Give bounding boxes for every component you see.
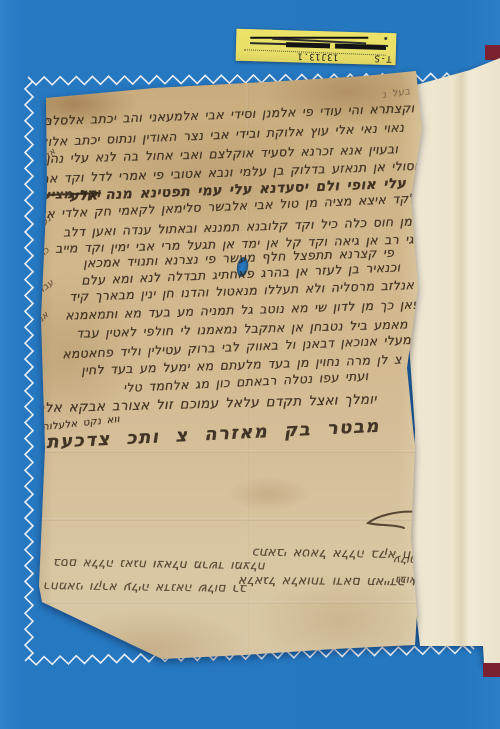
inverted-address-line: בסם אללה נאגח וצאלח מרשד ומצלח	[54, 556, 266, 574]
manuscript-fragment: בעל נ וצח וקד מציע יומלך ואצל תקדם עלאל …	[34, 68, 426, 668]
mount-background: בעל נ וצח וקד מציע יומלך ואצל תקדם עלאל …	[0, 0, 500, 729]
ruler-scale-bar-icon	[250, 37, 368, 39]
ruler-tick-icon	[384, 37, 387, 40]
fold-crease	[34, 601, 426, 604]
center-line-1: יומלך ואצל תקדם עלאל עמוכם זול אצורב אבק…	[27, 391, 377, 416]
ruler-shelfmark-label: T-S 13J13.1	[242, 46, 392, 63]
book-edge-bottom	[483, 663, 500, 677]
ruler-tick-icon	[385, 45, 388, 47]
faint-note: בעל נ	[381, 86, 411, 101]
scale-ruler-card: T-S 13J13.1	[236, 29, 397, 65]
book-edge-top	[485, 45, 500, 60]
inverted-address-line: רחמאני וקרא עליה אדנאה שלום רב	[44, 580, 247, 597]
ruler-scale-bar-icon	[250, 42, 286, 45]
